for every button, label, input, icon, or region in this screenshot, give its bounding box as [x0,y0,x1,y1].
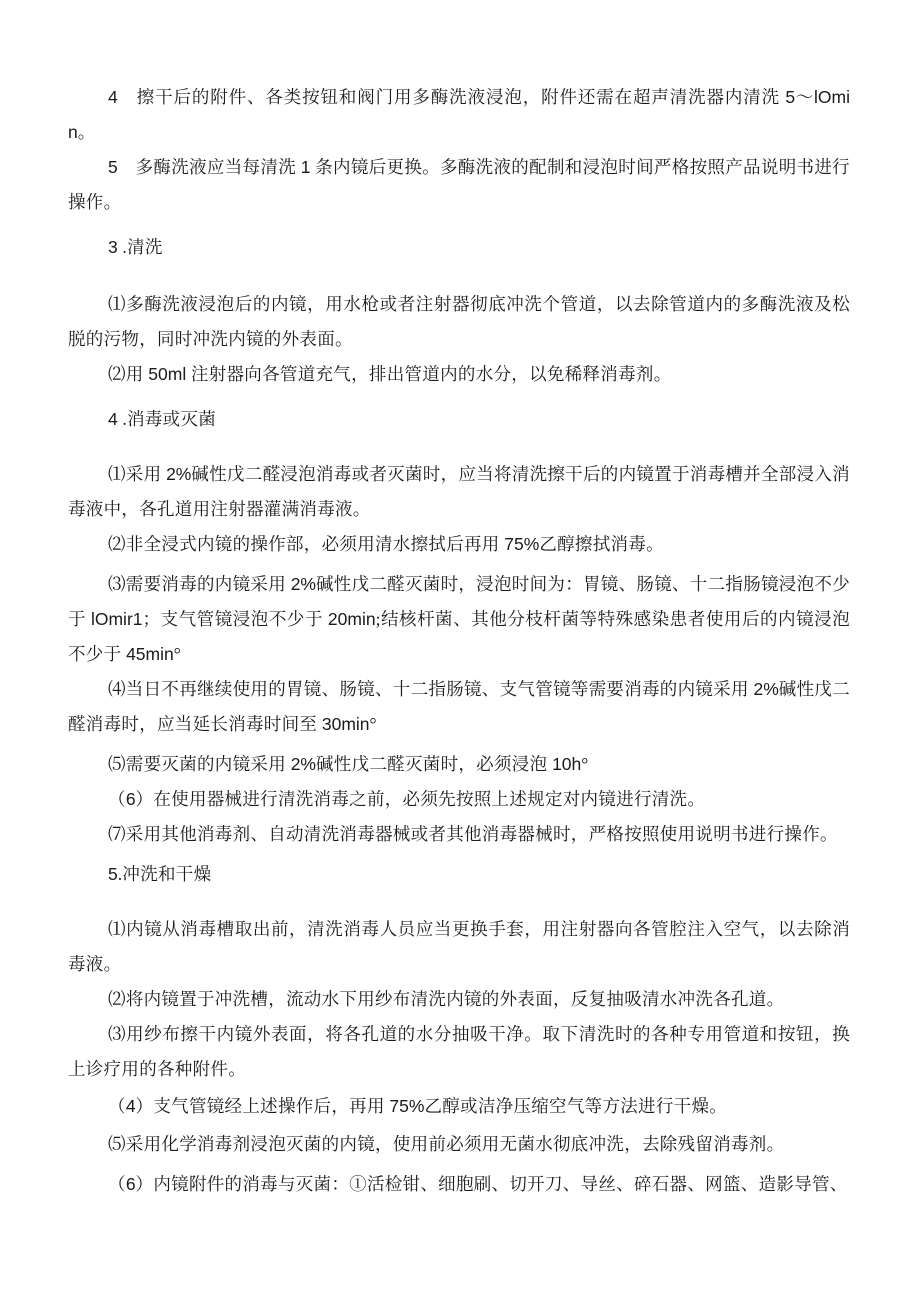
section-heading-disinfection: 4 .消毒或灭菌 [68,402,850,437]
paragraph-disinfection-2: ⑵非全浸式内镜的操作部，必须用清水擦拭后再用 75%乙醇擦拭消毒。 [68,527,850,562]
paragraph-rinse-5: ⑸采用化学消毒剂浸泡灭菌的内镜，使用前必须用无菌水彻底冲洗，去除残留消毒剂。 [68,1127,850,1162]
paragraph-rinse-1: ⑴内镜从消毒槽取出前，清洗消毒人员应当更换手套，用注射器向各管腔注入空气，以去除… [68,912,850,982]
section-heading-cleaning: 3 .清洗 [68,230,850,265]
paragraph-disinfection-5: ⑸需要灭菌的内镜采用 2%碱性戊二醛灭菌时，必须浸泡 10h° [68,747,850,782]
paragraph-disinfection-3: ⑶需要消毒的内镜采用 2%碱性戊二醛灭菌时，浸泡时间为：胃镜、肠镜、十二指肠镜浸… [68,567,850,672]
paragraph-disinfection-4: ⑷当日不再继续使用的胃镜、肠镜、十二指肠镜、支气管镜等需要消毒的内镜采用 2%碱… [68,672,850,742]
document-page: 4 擦干后的附件、各类按钮和阀门用多酶洗液浸泡，附件还需在超声清洗器内清洗 5～… [0,0,920,1301]
paragraph-accessories-sterilization: （6）内镜附件的消毒与灭菌：①活检钳、细胞刷、切开刀、导丝、碎石器、网篮、造影导… [68,1167,850,1202]
paragraph-disinfection-1: ⑴采用 2%碱性戊二醛浸泡消毒或者灭菌时，应当将清洗擦干后的内镜置于消毒槽并全部… [68,457,850,527]
paragraph-rinse-3: ⑶用纱布擦干内镜外表面，将各孔道的水分抽吸干净。取下清洗时的各种专用管道和按钮，… [68,1017,850,1087]
paragraph-disinfection-7: ⑺采用其他消毒剂、自动清洗消毒器械或者其他消毒器械时，严格按照使用说明书进行操作… [68,817,850,852]
paragraph-cleaning-2: ⑵用 50ml 注射器向各管道充气，排出管道内的水分，以免稀释消毒剂。 [68,357,850,392]
paragraph-rinse-4: （4）支气管镜经上述操作后，再用 75%乙醇或洁净压缩空气等方法进行干燥。 [68,1089,850,1124]
paragraph-enzyme-replace: 5 多酶洗液应当每清洗 1 条内镜后更换。多酶洗液的配制和浸泡时间严格按照产品说… [68,150,850,220]
paragraph-accessory-soak: 4 擦干后的附件、各类按钮和阀门用多酶洗液浸泡，附件还需在超声清洗器内清洗 5～… [68,80,850,150]
paragraph-rinse-2: ⑵将内镜置于冲洗槽，流动水下用纱布清洗内镜的外表面，反复抽吸清水冲洗各孔道。 [68,982,850,1017]
section-heading-rinse-dry: 5.冲洗和干燥 [68,857,850,892]
paragraph-disinfection-6: （6）在使用器械进行清洗消毒之前，必须先按照上述规定对内镜进行清洗。 [68,782,850,817]
document-body: 4 擦干后的附件、各类按钮和阀门用多酶洗液浸泡，附件还需在超声清洗器内清洗 5～… [0,0,920,1202]
paragraph-cleaning-1: ⑴多酶洗液浸泡后的内镜，用水枪或者注射器彻底冲洗个管道，以去除管道内的多酶洗液及… [68,287,850,357]
